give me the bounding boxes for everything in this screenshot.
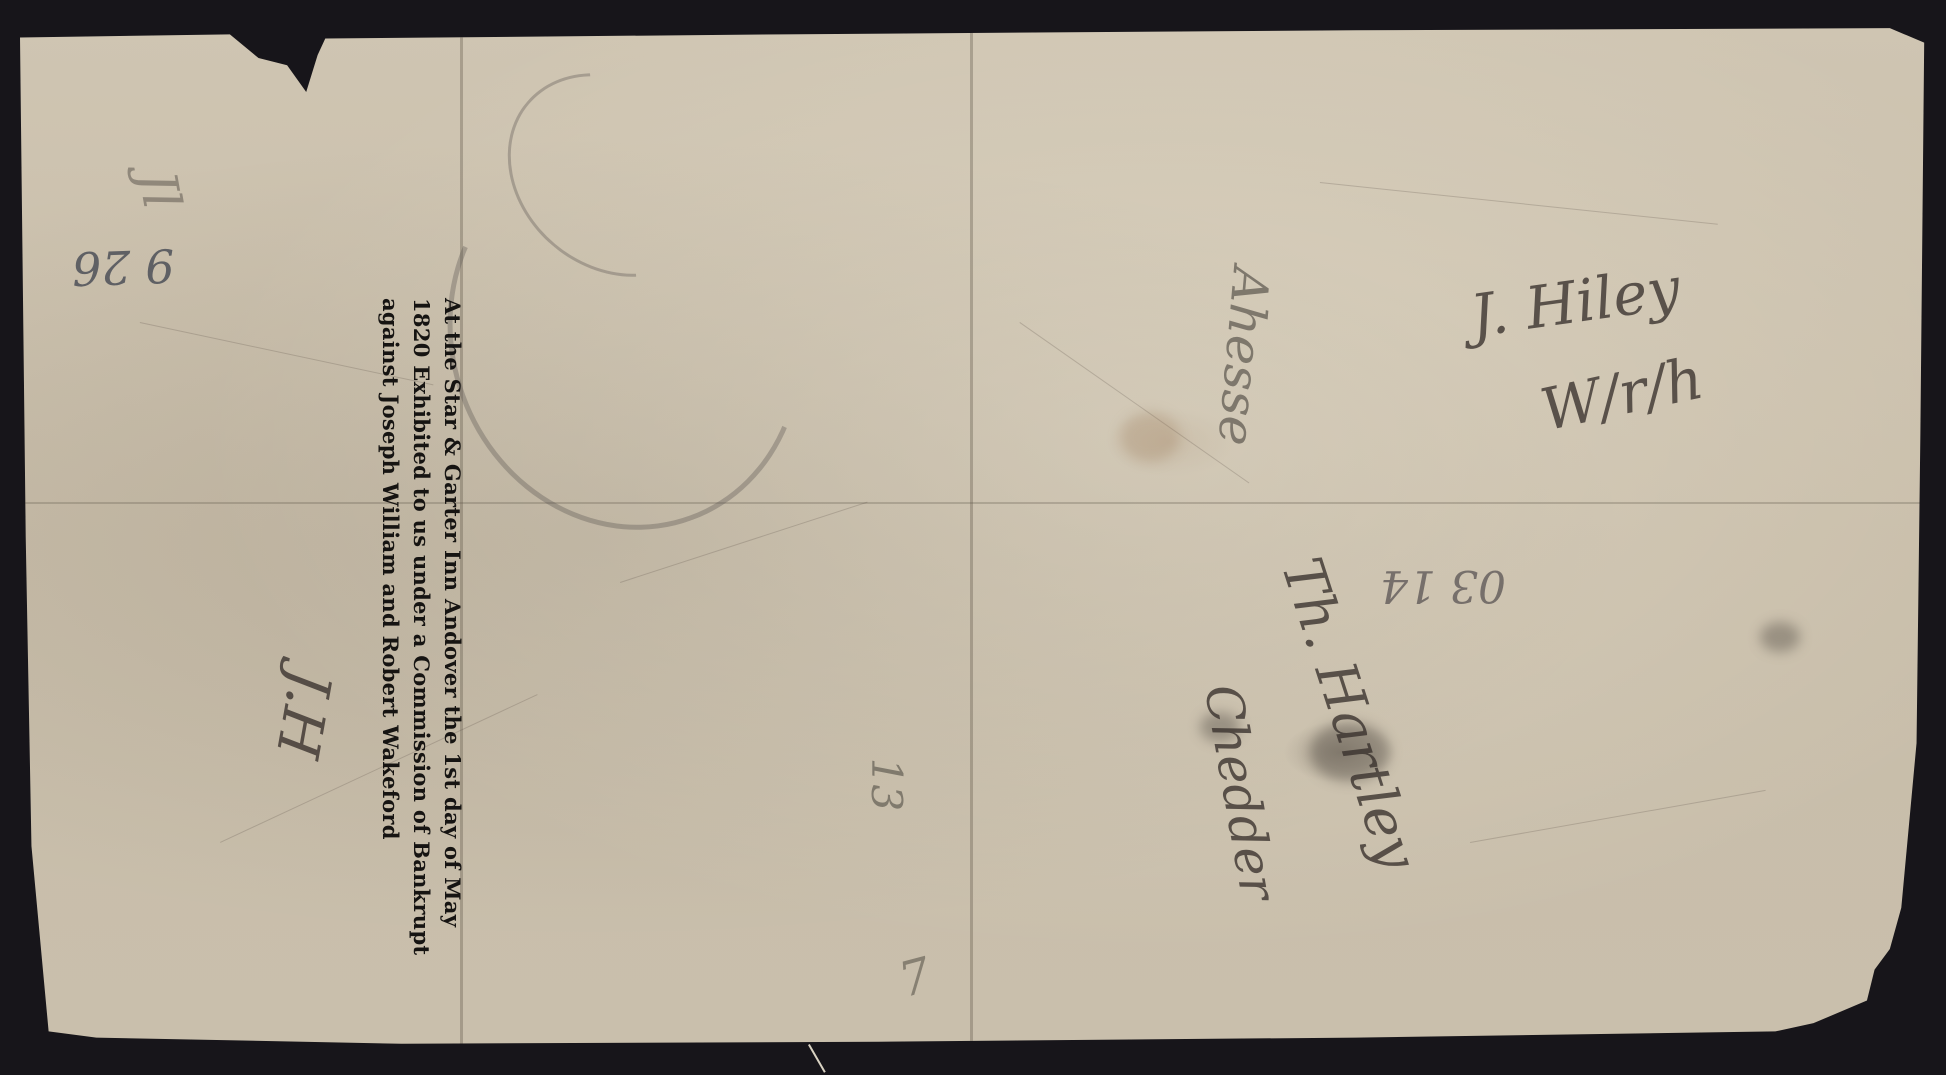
handwritten-number-bottom: 13 — [862, 758, 911, 811]
fold-crease — [20, 502, 1928, 504]
stain — [1120, 412, 1180, 462]
handwritten-number-right: 03 14 — [1380, 560, 1506, 611]
stamp-line-3: against Joseph William and Robert Wakefo… — [375, 298, 406, 988]
fold-crease — [970, 22, 973, 1052]
paper-fiber — [808, 1044, 826, 1073]
paper-crack — [1470, 790, 1766, 843]
bankruptcy-exhibit-stamp: At the Star & Garter Inn Andover the 1st… — [375, 298, 468, 988]
ink-smudge — [1760, 622, 1800, 652]
banknote-paper — [20, 22, 1928, 1052]
stamp-line-2: 1820 Exhibited to us under a Commission … — [406, 298, 437, 988]
handwritten-number-left: 9 26 — [71, 238, 175, 296]
stamp-line-1: At the Star & Garter Inn Andover the 1st… — [437, 298, 468, 988]
paper-crack — [1320, 182, 1718, 225]
